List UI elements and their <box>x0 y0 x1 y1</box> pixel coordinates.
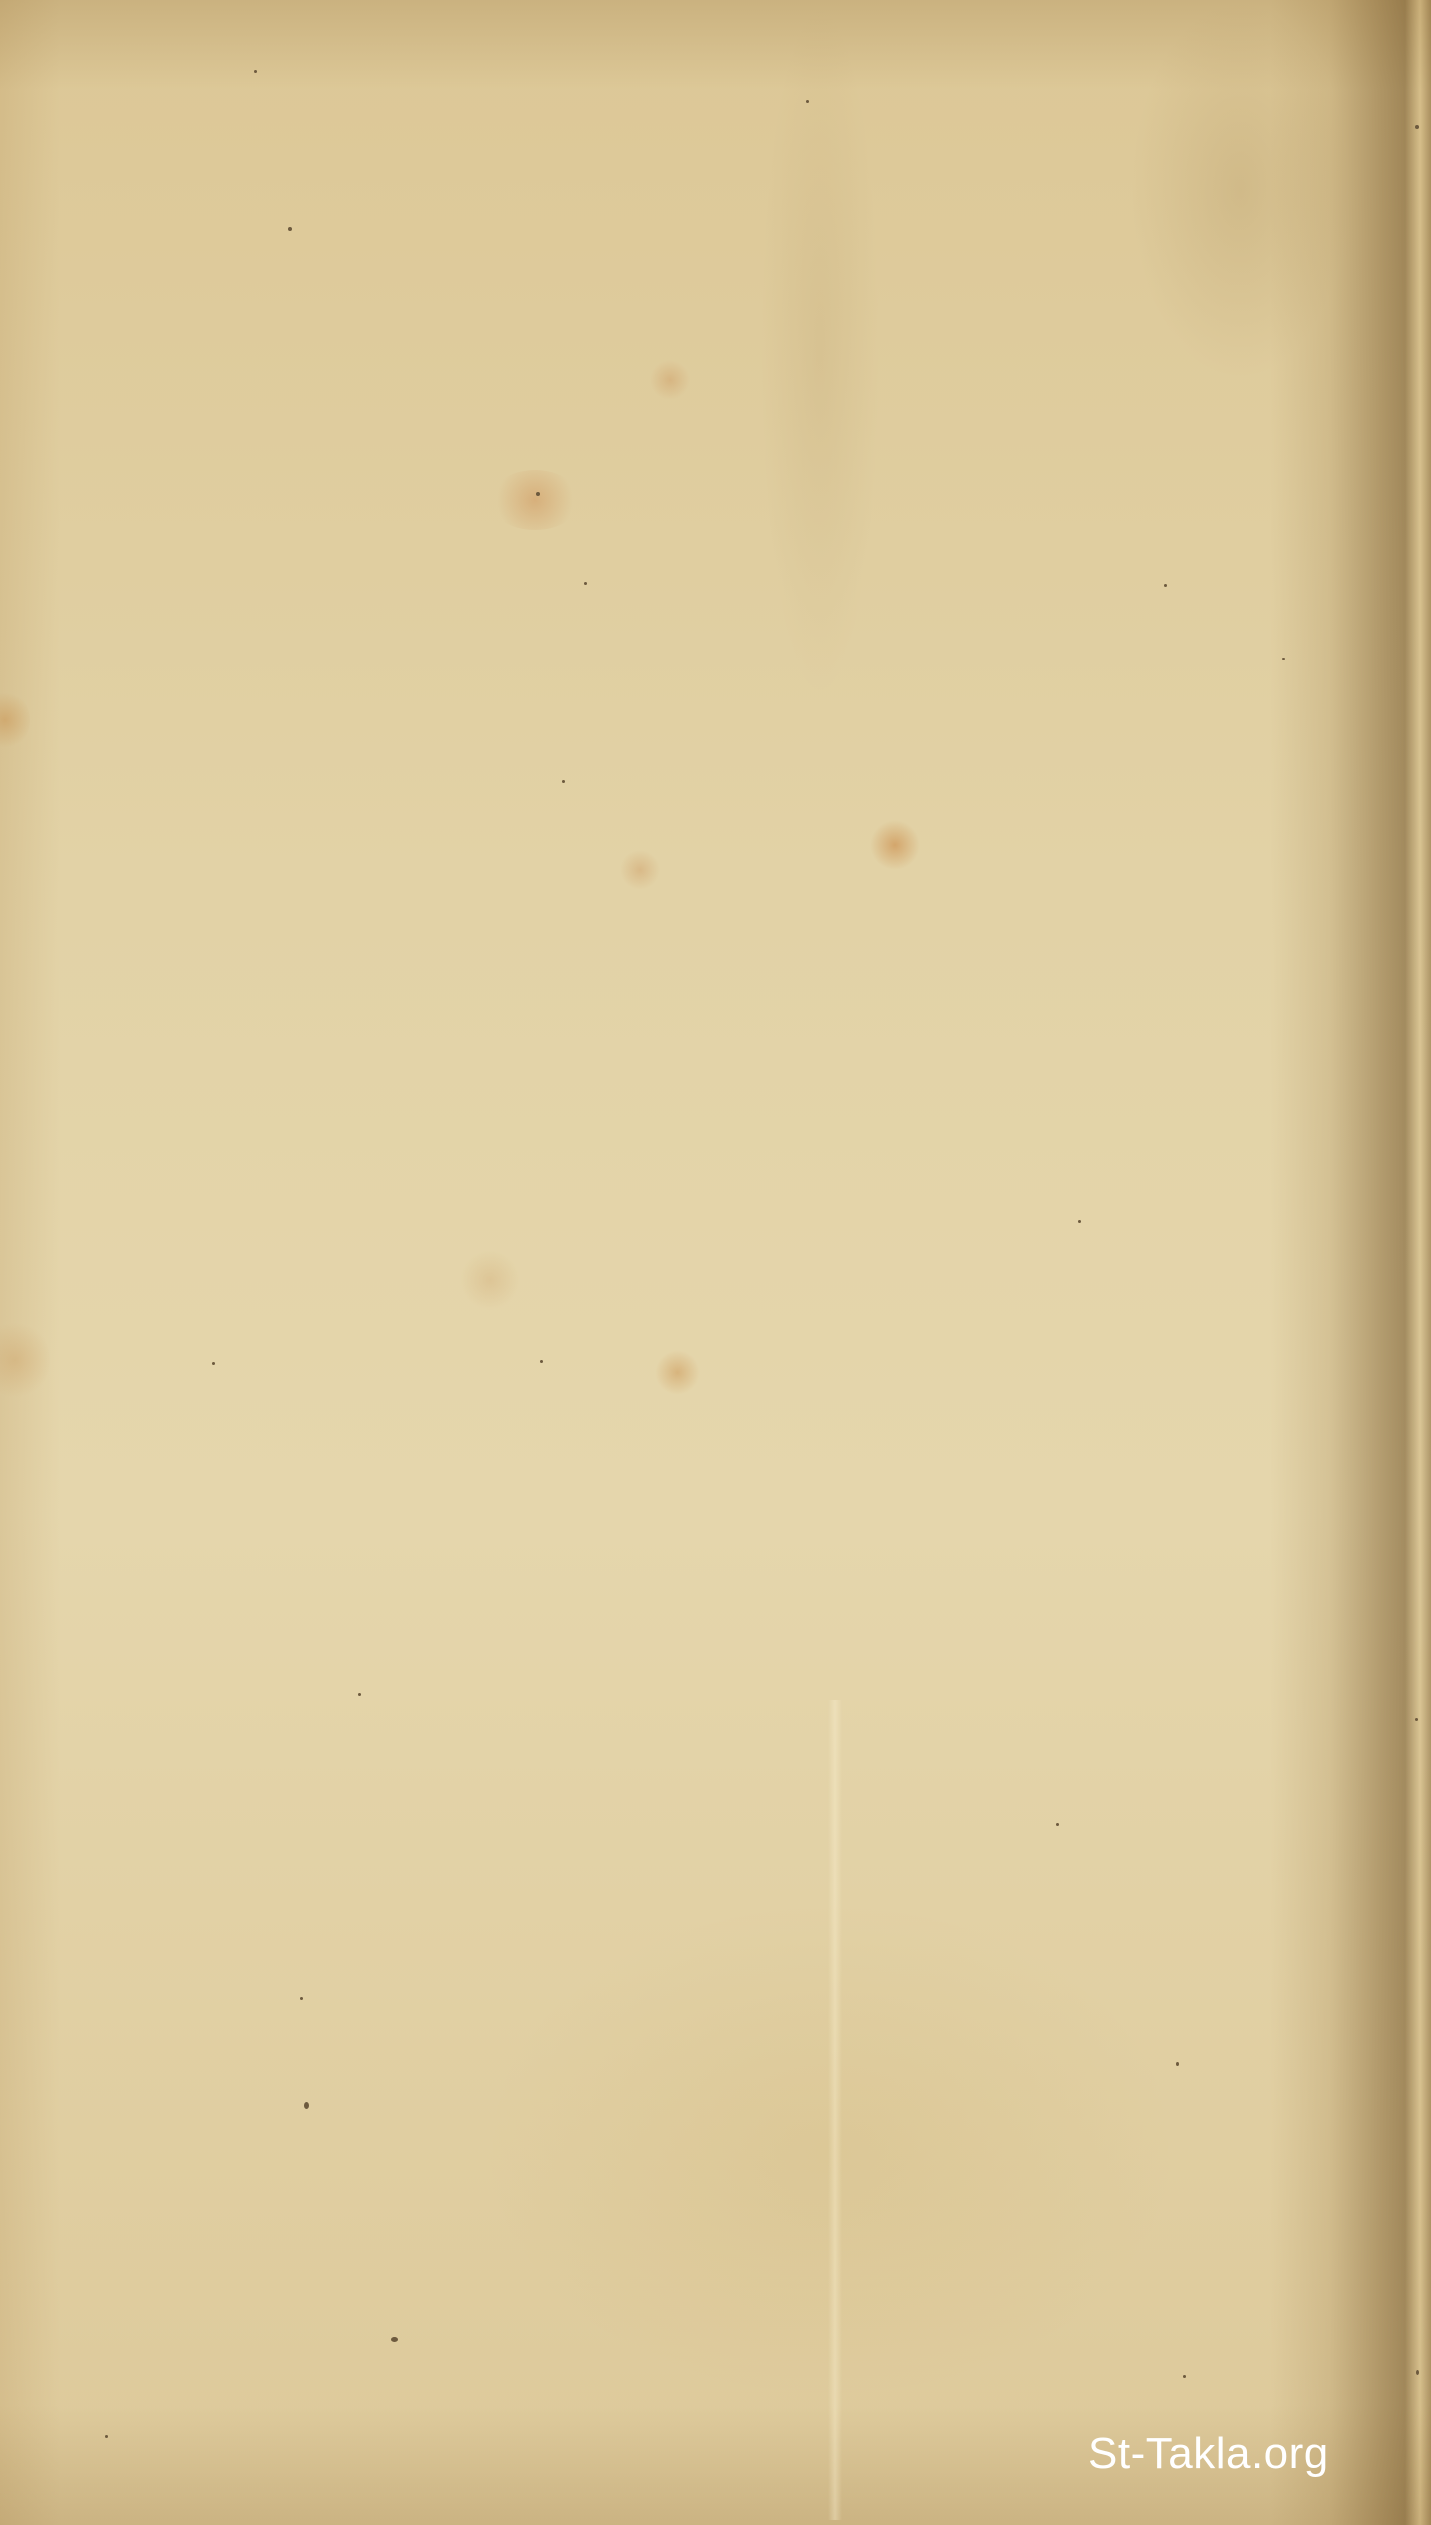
crease-shadow <box>1130 0 1350 380</box>
speck <box>1183 2375 1186 2378</box>
speck <box>540 1360 543 1363</box>
speck <box>562 780 565 783</box>
speck <box>1078 1220 1081 1223</box>
crease-highlight <box>828 1700 842 2520</box>
speck <box>1416 2370 1419 2375</box>
foxing-stain <box>460 1250 520 1310</box>
foxing-stain <box>655 1350 700 1395</box>
foxing-stain <box>650 360 690 400</box>
foxing-stain <box>0 690 30 750</box>
aged-paper-page: St-Takla.org <box>0 0 1431 2525</box>
speck <box>391 2337 398 2342</box>
speck <box>300 1997 303 2000</box>
speck <box>288 227 292 231</box>
speck <box>105 2435 108 2438</box>
speck <box>254 70 257 73</box>
speck <box>1282 658 1285 660</box>
foxing-stain <box>620 850 660 890</box>
speck <box>1176 2062 1179 2066</box>
speck <box>806 100 809 103</box>
speck <box>584 582 587 585</box>
speck <box>1415 125 1419 129</box>
speck <box>358 1693 361 1696</box>
speck <box>1056 1823 1059 1826</box>
foxing-stain <box>490 470 580 530</box>
crease-shadow <box>480 1900 1180 2400</box>
speck <box>304 2102 309 2109</box>
foxing-stain <box>0 1320 50 1400</box>
speck <box>1415 1718 1418 1721</box>
watermark-text: St-Takla.org <box>1088 2432 1329 2476</box>
foxing-stain <box>870 820 920 870</box>
crease-shadow <box>760 0 880 700</box>
speck <box>1164 584 1167 587</box>
speck <box>212 1362 215 1365</box>
speck <box>536 492 540 496</box>
